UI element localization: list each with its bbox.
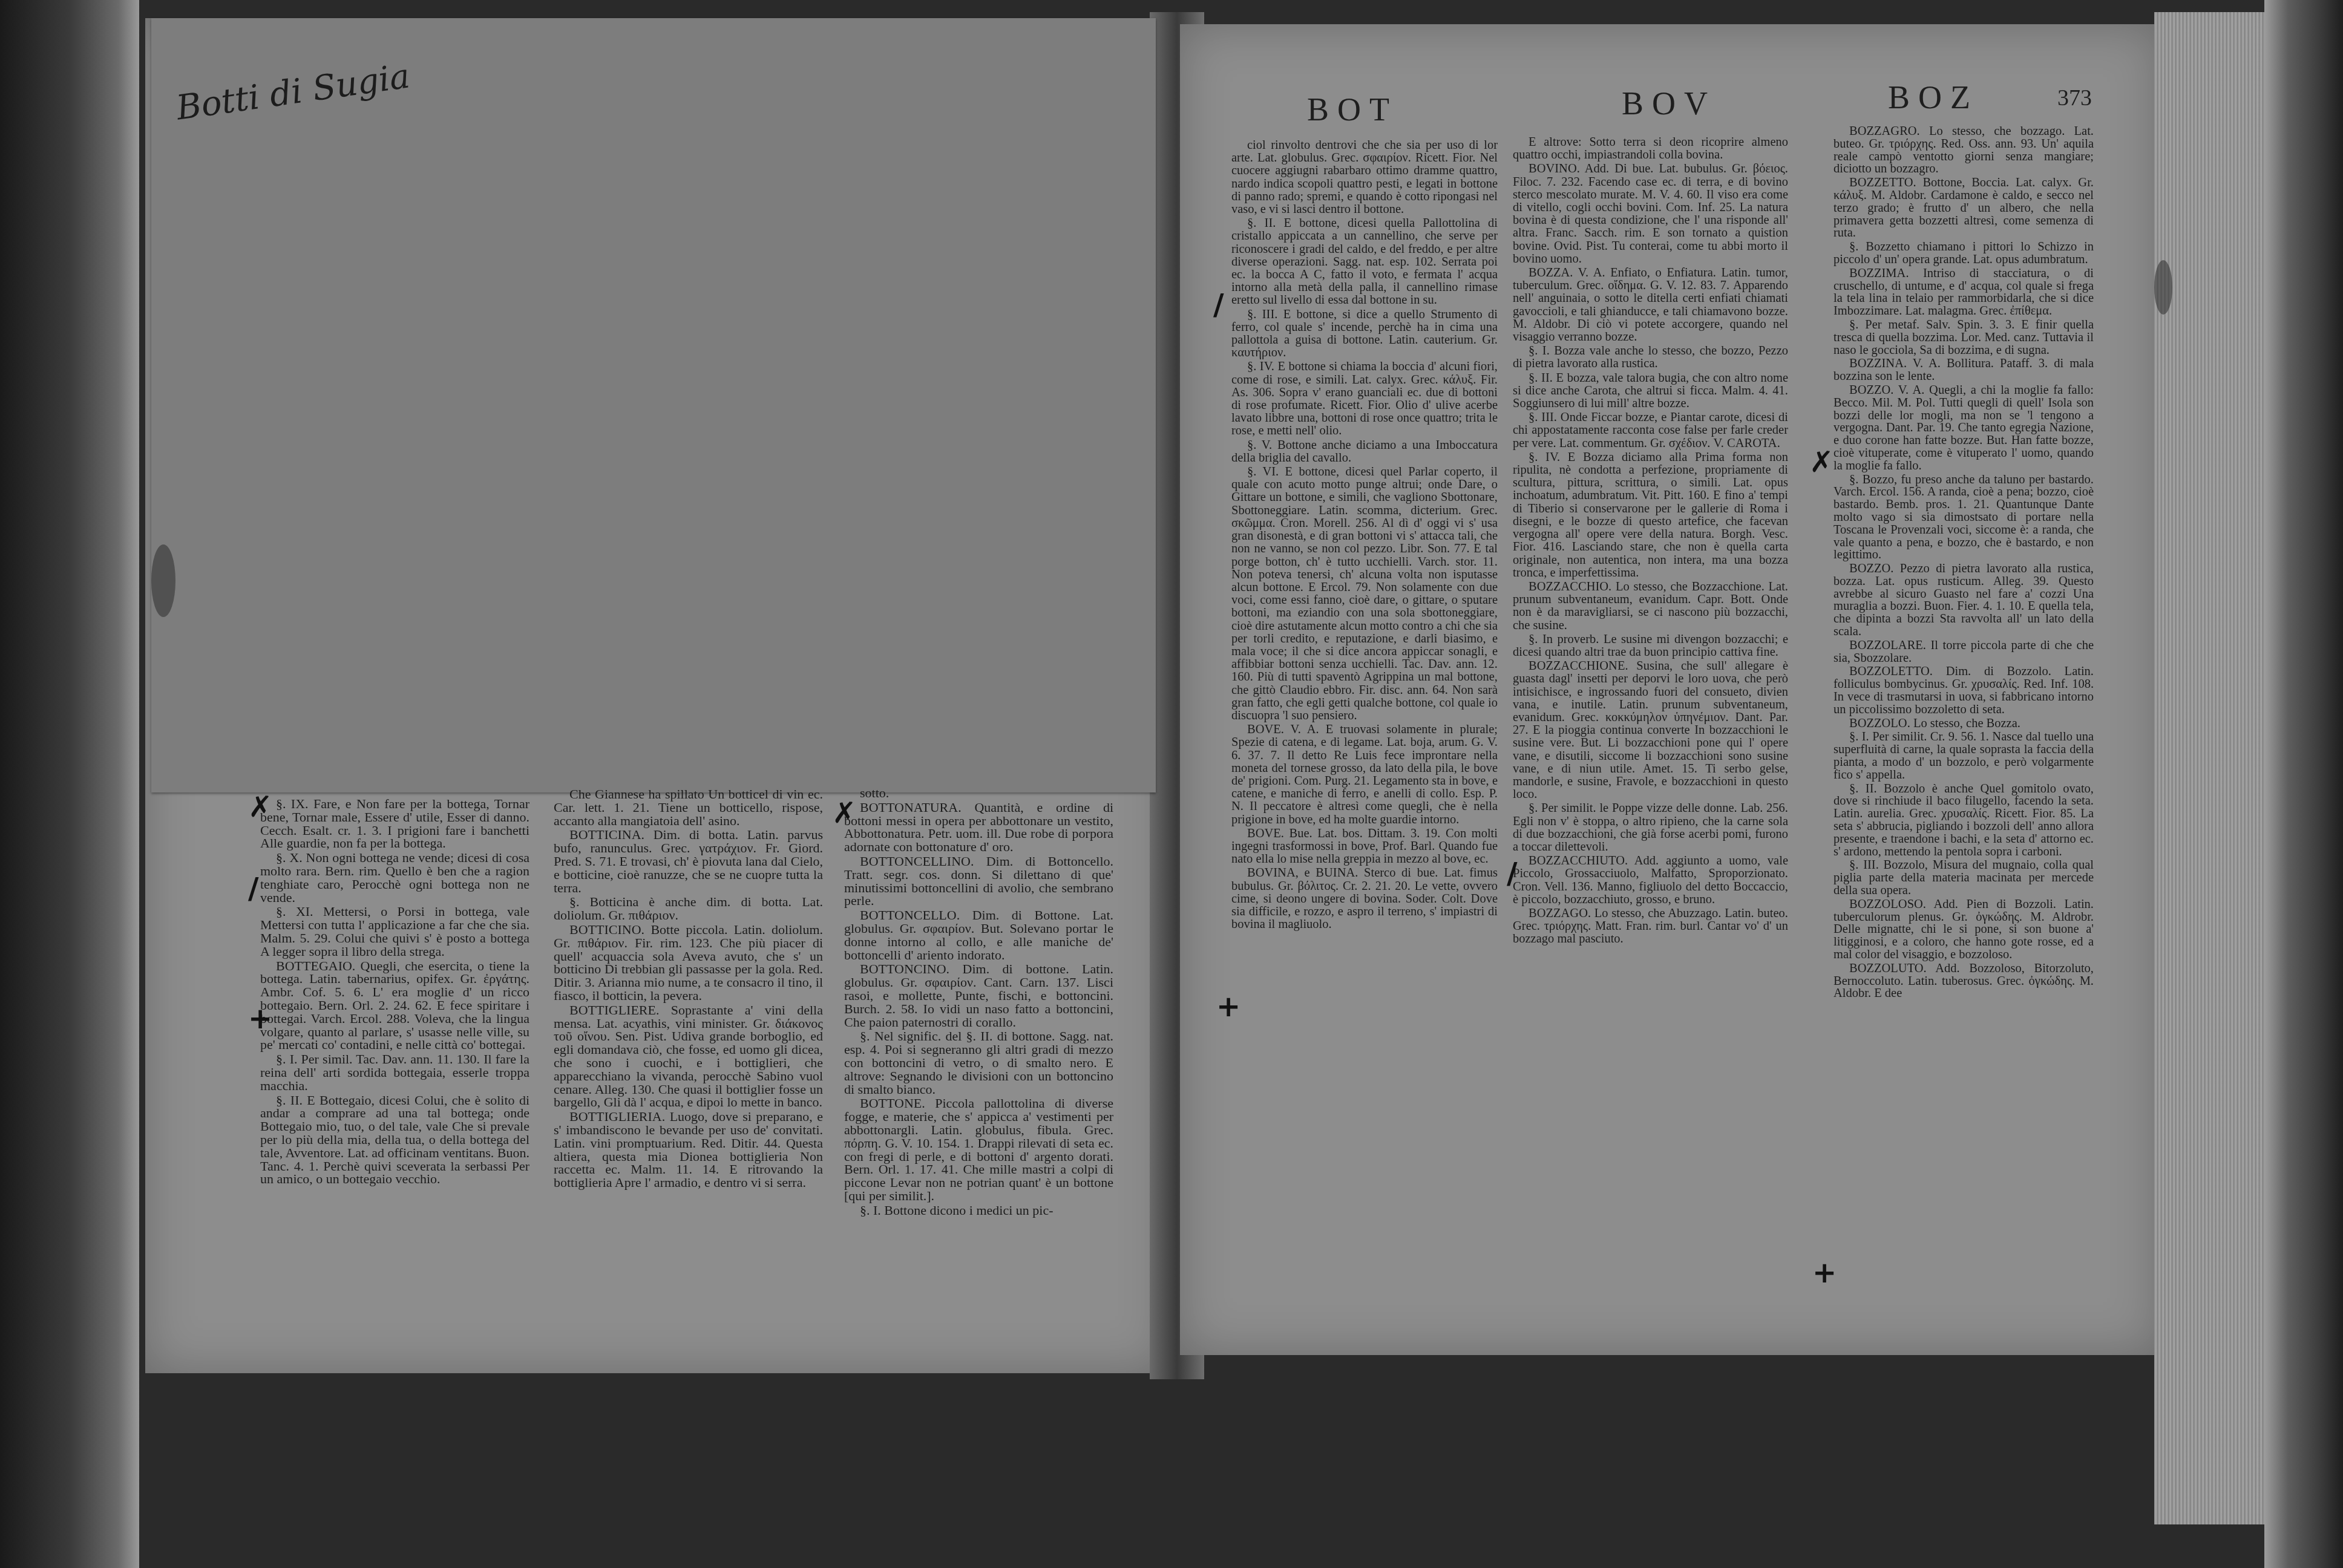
entry: §. II. E Bottegaio, dicesi Colui, che è … (260, 1094, 529, 1186)
plus-mark-icon: + (1812, 1258, 1837, 1287)
cross-mark-icon: ✗ (1809, 448, 1833, 477)
entry: BOTTIGLIERIA. Luogo, dove si preparano, … (554, 1110, 823, 1189)
right-page-column-2: E altrove: Sotto terra si deon ricoprire… (1513, 136, 1788, 947)
entry: BOZZAGRO. Lo stesso, che bozzago. Lat. b… (1833, 125, 2094, 175)
entry: BOZZIMA. Intriso di stacciatura, o di cr… (1833, 267, 2094, 318)
entry: BOTTONATURA. Quantità, e ordine di botto… (844, 801, 1113, 854)
entry: §. Nel signific. del §. II. di bottone. … (844, 1030, 1113, 1096)
entry: §. I. Per similit. Cr. 9. 56. 1. Nasce d… (1833, 731, 2094, 781)
entry: BOZZAGO. Lo stesso, che Abuzzago. Latin.… (1513, 907, 1788, 946)
entry: §. IX. Fare, e Non fare per la bottega, … (260, 797, 529, 850)
running-head-boz: BOZ (1888, 79, 1979, 116)
entry: §. X. Non ogni bottega ne vende; dicesi … (260, 851, 529, 904)
entry: §. III. E bottone, si dice a quello Stru… (1231, 309, 1498, 360)
entry: BOZZINA. V. A. Bollitura. Pataff. 3. di … (1833, 358, 2094, 383)
entry: §. III. Onde Ficcar bozze, e Piantar car… (1513, 411, 1788, 450)
entry: BOVINA, e BUINA. Sterco di bue. Lat. fim… (1231, 867, 1498, 931)
entry: BOVE. Bue. Lat. bos. Dittam. 3. 19. Con … (1231, 828, 1498, 866)
entry: BOTTONCELLO. Dim. di Bottone. Lat. globu… (844, 909, 1113, 961)
entry: BOTTONE. Piccola pallottolina di diverse… (844, 1097, 1113, 1202)
entry: BOZZOLOSO. Add. Pien di Bozzoli. Latin. … (1833, 898, 2094, 961)
pasted-paper-block (151, 18, 1156, 792)
entry: §. Per similit. le Poppe vizze delle don… (1513, 802, 1788, 854)
entry: BOZZACCHIUTO. Add. aggiunto a uomo, vale… (1513, 855, 1788, 906)
entry: §. XI. Mettersi, o Porsi in bottega, val… (260, 905, 529, 958)
entry: §. IV. E bottone si chiama la boccia d' … (1231, 361, 1498, 437)
entry: §. Bozzetto chiamano i pittori lo Schizz… (1833, 241, 2094, 266)
entry: §. IV. E Bozza diciamo alla Prima forma … (1513, 451, 1788, 580)
entry: BOVINO. Add. Di bue. Lat. bubulus. Gr. β… (1513, 163, 1788, 266)
slash-mark-icon: / (248, 874, 259, 903)
left-page-column-3: sotto. BOTTONATURA. Quantità, e ordine d… (844, 786, 1113, 1218)
book-cover-right-edge (2264, 0, 2343, 1568)
entry: ciol rinvolto dentrovi che che sia per u… (1231, 139, 1498, 216)
entry: §. Bozzo, fu preso anche da taluno per b… (1833, 474, 2094, 562)
entry: §. VI. E bottone, dicesi quel Parlar cop… (1231, 466, 1498, 722)
plus-mark-icon: + (248, 1004, 272, 1033)
entry: BOZZOLARE. Il torre piccola parte di che… (1833, 639, 2094, 665)
entry: BOTTICINO. Botte piccola. Latin. doliolu… (554, 923, 823, 1002)
ink-stain (2154, 260, 2172, 315)
entry: BOVE. V. A. E truovasi solamente in plur… (1231, 724, 1498, 826)
entry: BOTTONCELLINO. Dim. di Bottoncello. Trat… (844, 855, 1113, 907)
entry: BOZZO. V. A. Quegli, a chi la moglie fa … (1833, 384, 2094, 472)
running-head-bot: BOT (1307, 91, 1398, 128)
entry: E altrove: Sotto terra si deon ricoprire… (1513, 136, 1788, 162)
entry: §. V. Bottone anche diciamo a una Imbocc… (1231, 439, 1498, 465)
entry: BOZZOLUTO. Add. Bozzoloso, Bitorzoluto, … (1833, 962, 2094, 1000)
ink-stain (151, 544, 175, 617)
entry: BOTTONCINO. Dim. di bottone. Latin. glob… (844, 962, 1113, 1028)
plus-mark-icon: + (1216, 992, 1240, 1021)
entry: §. II. Bozzolo è anche Quel gomitolo ova… (1833, 783, 2094, 858)
running-head-bov: BOV (1622, 85, 1716, 122)
entry: BOZZOLETTO. Dim. di Bozzolo. Latin. foll… (1833, 665, 2094, 716)
entry: BOTTEGAIO. Quegli, che esercita, o tiene… (260, 959, 529, 1052)
page-number: 373 (2057, 85, 2092, 111)
entry: BOTTICINA. Dim. di botta. Latin. parvus … (554, 828, 823, 894)
entry: BOZZETTO. Bottone, Boccia. Lat. calyx. G… (1833, 177, 2094, 240)
right-page-column-1: ciol rinvolto dentrovi che che sia per u… (1231, 139, 1498, 932)
entry: BOTTIGLIERE. Soprastante a' vini della m… (554, 1004, 823, 1109)
cross-mark-icon: ✗ (248, 792, 272, 822)
entry: §. Botticina è anche dim. di botta. Lat.… (554, 895, 823, 922)
entry: §. II. E bottone, dicesi quella Pallotto… (1231, 217, 1498, 307)
entry: §. Per metaf. Salv. Spin. 3. 3. E finir … (1833, 319, 2094, 356)
entry: §. I. Per simil. Tac. Dav. ann. 11. 130.… (260, 1053, 529, 1092)
entry: sotto. (844, 786, 1113, 800)
entry: BOZZACCHIONE. Susina, che sull' allegare… (1513, 660, 1788, 801)
entry: BOZZO. Pezzo di pietra lavorato alla rus… (1833, 563, 2094, 638)
left-page-column-2: Che Giannese ha spillato Un botticel di … (554, 788, 823, 1191)
entry: BOZZA. V. A. Enfiato, o Enfiatura. Latin… (1513, 267, 1788, 344)
entry: §. I. Bottone dicono i medici un pic- (844, 1204, 1113, 1217)
right-page-column-3: BOZZAGRO. Lo stesso, che bozzago. Lat. b… (1833, 125, 2094, 1001)
entry: BOZZOLO. Lo stesso, che Bozza. (1833, 717, 2094, 730)
page-stack-edge (2154, 12, 2269, 1524)
left-page-column-1: §. IX. Fare, e Non fare per la bottega, … (260, 797, 529, 1187)
book-cover-left-edge (0, 0, 139, 1568)
entry: Che Giannese ha spillato Un botticel di … (554, 788, 823, 827)
entry: §. III. Bozzolo, Misura del mugnaio, col… (1833, 859, 2094, 897)
entry: §. In proverb. Le susine mi divengon boz… (1513, 633, 1788, 659)
entry: BOZZACCHIO. Lo stesso, che Bozzacchione.… (1513, 581, 1788, 632)
cross-mark-icon: ✗ (832, 799, 856, 828)
slash-mark-icon: / (1507, 859, 1518, 888)
entry: §. II. E bozza, vale talora bugia, che c… (1513, 372, 1788, 411)
slash-mark-icon: / (1213, 290, 1224, 319)
entry: §. I. Bozza vale anche lo stesso, che bo… (1513, 345, 1788, 370)
